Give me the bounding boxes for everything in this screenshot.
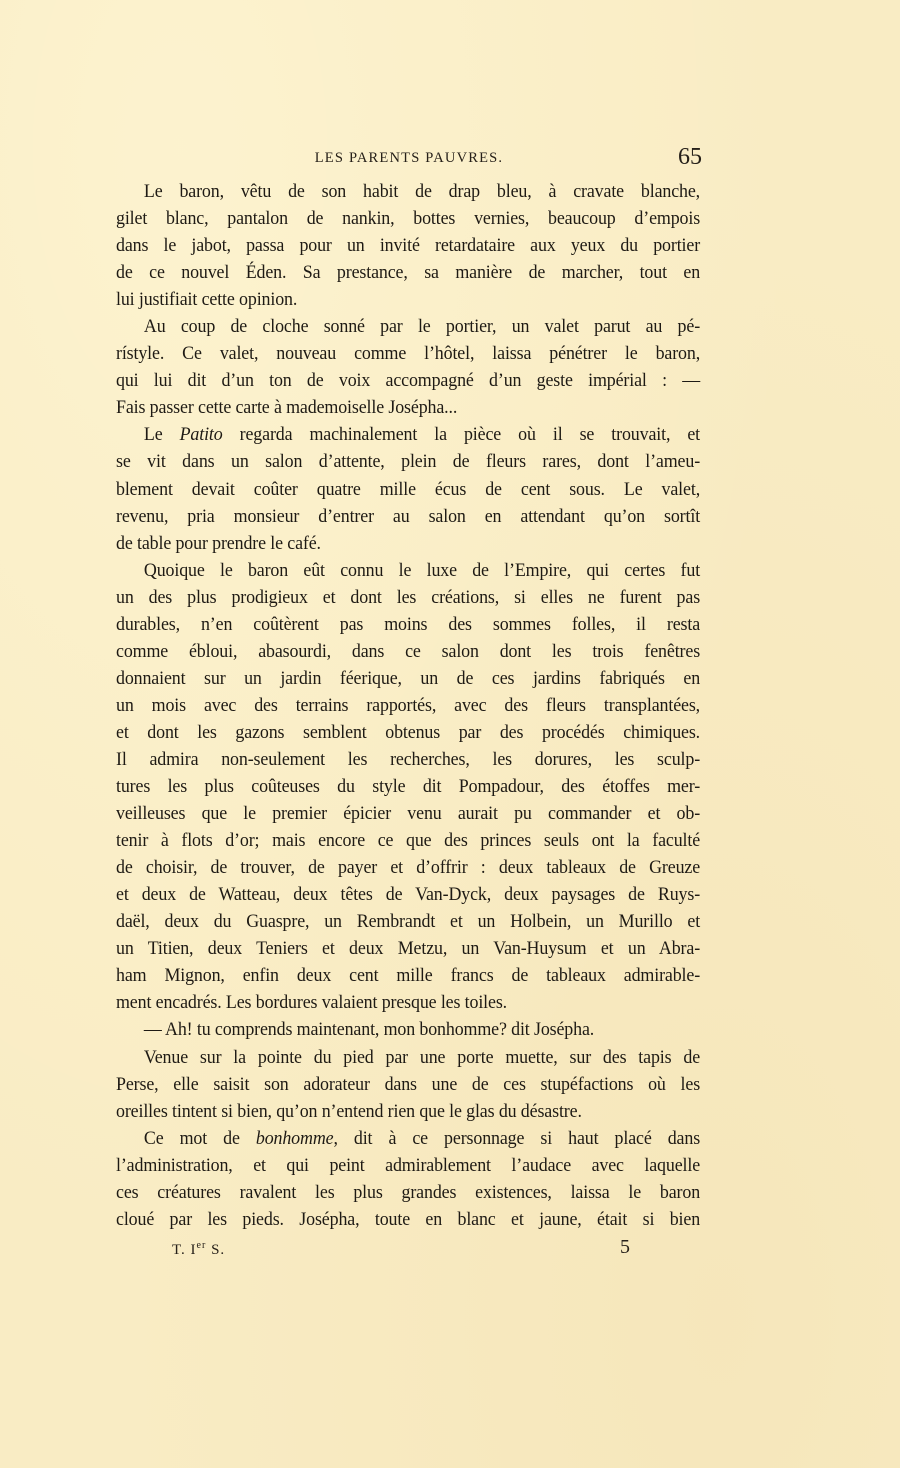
text-line: un des plus prodigieux et dont les créat…	[116, 584, 700, 611]
text-line: oreilles tintent si bien, qu’on n’entend…	[116, 1098, 700, 1125]
text-line: ces créatures ravalent les plus grandes …	[116, 1179, 700, 1206]
sheet-number: 5	[620, 1236, 630, 1259]
text-line: Au coup de cloche sonné par le portier, …	[116, 313, 700, 340]
text-line: comme ébloui, abasourdi, dans ce salon d…	[116, 638, 700, 665]
paragraph: Le baron, vêtu de son habit de drap bleu…	[116, 178, 700, 313]
text-line: Le baron, vêtu de son habit de drap bleu…	[116, 178, 700, 205]
text-line: daël, deux du Guaspre, un Rembrandt et u…	[116, 908, 700, 935]
text-line: ham Mignon, enfin deux cent mille francs…	[116, 962, 700, 989]
signature-prefix: T. I	[172, 1242, 197, 1258]
text-line: blement devait coûter quatre mille écus …	[116, 476, 700, 503]
text-line: et dont les gazons semblent obtenus par …	[116, 719, 700, 746]
text-line: un Titien, deux Teniers et deux Metzu, u…	[116, 935, 700, 962]
text-line: cloué par les pieds. Josépha, toute en b…	[116, 1206, 700, 1233]
text-line-with-italic: Ce mot de bonhomme, dit à ce personnage …	[116, 1125, 700, 1152]
body-text: Le baron, vêtu de son habit de drap bleu…	[116, 178, 700, 1233]
signature-sup: er	[197, 1240, 207, 1251]
text-line: Fais passer cette carte à mademoiselle J…	[116, 394, 700, 421]
text-line: de ce nouvel Éden. Sa prestance, sa mani…	[116, 259, 700, 286]
running-title: LES PARENTS PAUVRES.	[116, 150, 702, 167]
italic-word: bonhomme	[256, 1128, 334, 1149]
text-line: l’administration, et qui peint admirable…	[116, 1152, 700, 1179]
book-page: LES PARENTS PAUVRES. 65 Le baron, vêtu d…	[0, 0, 900, 1468]
text-line: revenu, pria monsieur d’entrer au salon …	[116, 503, 700, 530]
text-line: de choisir, de trouver, de payer et d’of…	[116, 854, 700, 881]
text-line: de table pour prendre le café.	[116, 530, 700, 557]
text-line: Quoique le baron eût connu le luxe de l’…	[116, 557, 700, 584]
text-line: ment encadrés. Les bordures valaient pre…	[116, 989, 700, 1016]
signature-mark: T. Ier S.	[172, 1240, 225, 1259]
text-line: Perse, elle saisit son adorateur dans un…	[116, 1071, 700, 1098]
text-line: Venue sur la pointe du pied par une port…	[116, 1044, 700, 1071]
text-line: lui justifiait cette opinion.	[116, 286, 700, 313]
paragraph: Au coup de cloche sonné par le portier, …	[116, 313, 700, 421]
running-head: LES PARENTS PAUVRES. 65	[116, 146, 702, 172]
text-line: veilleuses que le premier épicier venu a…	[116, 800, 700, 827]
italic-word: Patito	[180, 424, 223, 445]
paragraph: Venue sur la pointe du pied par une port…	[116, 1044, 700, 1125]
text-line: dans le jabot, passa pour un invité reta…	[116, 232, 700, 259]
text-line: tures les plus coûteuses du style dit Po…	[116, 773, 700, 800]
text-line: et deux de Watteau, deux têtes de Van-Dy…	[116, 881, 700, 908]
text-line-with-italic: Le Patito regarda machinalement la pièce…	[116, 421, 700, 448]
page-footer: T. Ier S. 5	[116, 1238, 700, 1264]
paragraph: Quoique le baron eût connu le luxe de l’…	[116, 557, 700, 1017]
text-line: un mois avec des terrains rapportés, ave…	[116, 692, 700, 719]
text-line: tenir à flots d’or; mais encore ce que d…	[116, 827, 700, 854]
paragraph: Ce mot de bonhomme, dit à ce personnage …	[116, 1125, 700, 1233]
signature-suffix: S.	[206, 1242, 225, 1258]
text-line: rístyle. Ce valet, nouveau comme l’hôtel…	[116, 340, 700, 367]
text-line: qui lui dit d’un ton de voix accompagné …	[116, 367, 700, 394]
text-line: Il admira non-seulement les recherches, …	[116, 746, 700, 773]
text-line: se vit dans un salon d’attente, plein de…	[116, 448, 700, 475]
text-line: — Ah! tu comprends maintenant, mon bonho…	[116, 1016, 700, 1043]
paragraph-dialogue: — Ah! tu comprends maintenant, mon bonho…	[116, 1016, 700, 1043]
page-number: 65	[678, 144, 702, 171]
text-line: gilet blanc, pantalon de nankin, bottes …	[116, 205, 700, 232]
paragraph: Le Patito regarda machinalement la pièce…	[116, 421, 700, 556]
text-line: donnaient sur un jardin féerique, un de …	[116, 665, 700, 692]
text-line: durables, n’en coûtèrent pas moins des s…	[116, 611, 700, 638]
